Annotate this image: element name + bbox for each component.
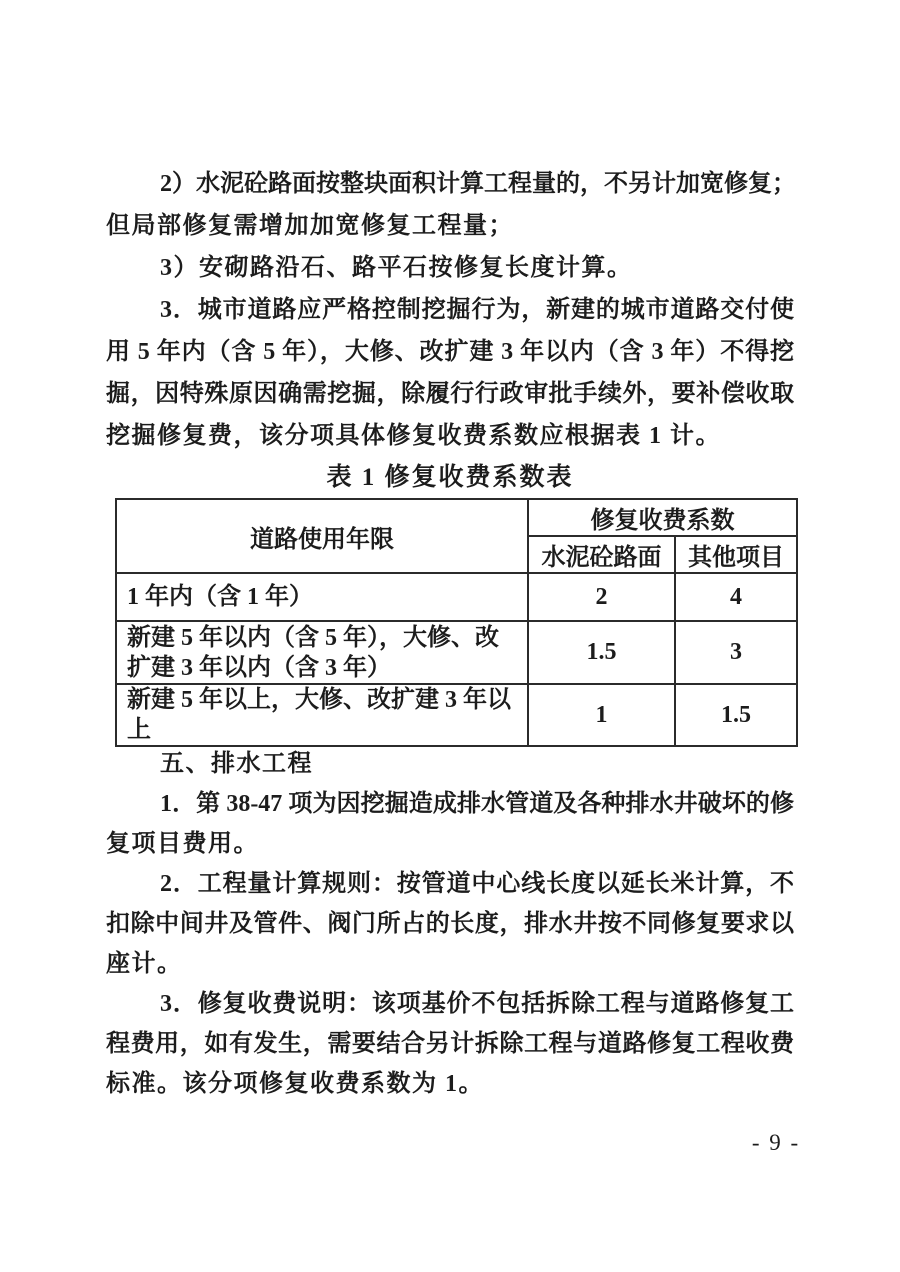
row-label: 1 年内（含 1 年） — [116, 573, 528, 621]
paragraph-line: 座计。 — [106, 944, 794, 984]
table-header-usage-years: 道路使用年限 — [116, 499, 528, 573]
paragraph-line: 2．工程量计算规则：按管道中心线长度以延长米计算，不 — [106, 864, 794, 904]
paragraph-line: 挖掘修复费，该分项具体修复收费系数应根据表 1 计。 — [106, 415, 794, 457]
paragraph-line: 但局部修复需增加加宽修复工程量； — [106, 205, 794, 247]
paragraph-line: 复项目费用。 — [106, 824, 794, 864]
row-label: 新建 5 年以上，大修、改扩建 3 年以上 — [116, 684, 528, 746]
table-header-row: 道路使用年限 修复收费系数 — [116, 499, 797, 536]
cement-coefficient: 1.5 — [528, 621, 675, 684]
paragraph-line: 程费用，如有发生，需要结合另计拆除工程与道路修复工程收费 — [106, 1024, 794, 1064]
paragraph-line: 2）水泥砼路面按整块面积计算工程量的，不另计加宽修复； — [106, 163, 794, 205]
section-drainage-works: 五、排水工程 1．第 38-47 项为因挖掘造成排水管道及各种排水井破坏的修 复… — [106, 744, 794, 1104]
other-coefficient: 1.5 — [675, 684, 797, 746]
paragraph-line: 3．城市道路应严格控制挖掘行为，新建的城市道路交付使 — [106, 289, 794, 331]
row-label: 新建 5 年以内（含 5 年），大修、改扩建 3 年以内（含 3 年） — [116, 621, 528, 684]
document-page: 2）水泥砼路面按整块面积计算工程量的，不另计加宽修复； 但局部修复需增加加宽修复… — [0, 0, 900, 1272]
table-header-fee-coefficient-group: 修复收费系数 — [528, 499, 797, 536]
table-header-cement-pavement: 水泥砼路面 — [528, 536, 675, 573]
other-coefficient: 4 — [675, 573, 797, 621]
cement-coefficient: 1 — [528, 684, 675, 746]
table-row: 新建 5 年以内（含 5 年），大修、改扩建 3 年以内（含 3 年） 1.5 … — [116, 621, 797, 684]
table-header-other-items: 其他项目 — [675, 536, 797, 573]
cement-coefficient: 2 — [528, 573, 675, 621]
paragraph-line: 扣除中间井及管件、阀门所占的长度，排水井按不同修复要求以 — [106, 904, 794, 944]
section-road-repair-rules: 2）水泥砼路面按整块面积计算工程量的，不另计加宽修复； 但局部修复需增加加宽修复… — [106, 163, 794, 499]
paragraph-line: 1．第 38-47 项为因挖掘造成排水管道及各种排水井破坏的修 — [106, 784, 794, 824]
page-number: - 9 - — [738, 1130, 814, 1156]
table-title: 表 1 修复收费系数表 — [106, 457, 794, 499]
paragraph-line: 掘，因特殊原因确需挖掘，除履行行政审批手续外，要补偿收取 — [106, 373, 794, 415]
paragraph-line: 标准。该分项修复收费系数为 1。 — [106, 1064, 794, 1104]
paragraph-line: 3）安砌路沿石、路平石按修复长度计算。 — [106, 247, 794, 289]
paragraph-line: 3．修复收费说明：该项基价不包括拆除工程与道路修复工 — [106, 984, 794, 1024]
other-coefficient: 3 — [675, 621, 797, 684]
paragraph-line: 用 5 年内（含 5 年），大修、改扩建 3 年以内（含 3 年）不得挖 — [106, 331, 794, 373]
section-heading: 五、排水工程 — [106, 744, 794, 784]
table-row: 1 年内（含 1 年） 2 4 — [116, 573, 797, 621]
table-row: 新建 5 年以上，大修、改扩建 3 年以上 1 1.5 — [116, 684, 797, 746]
repair-fee-coefficient-table: 道路使用年限 修复收费系数 水泥砼路面 其他项目 1 年内（含 1 年） 2 4… — [115, 498, 798, 747]
